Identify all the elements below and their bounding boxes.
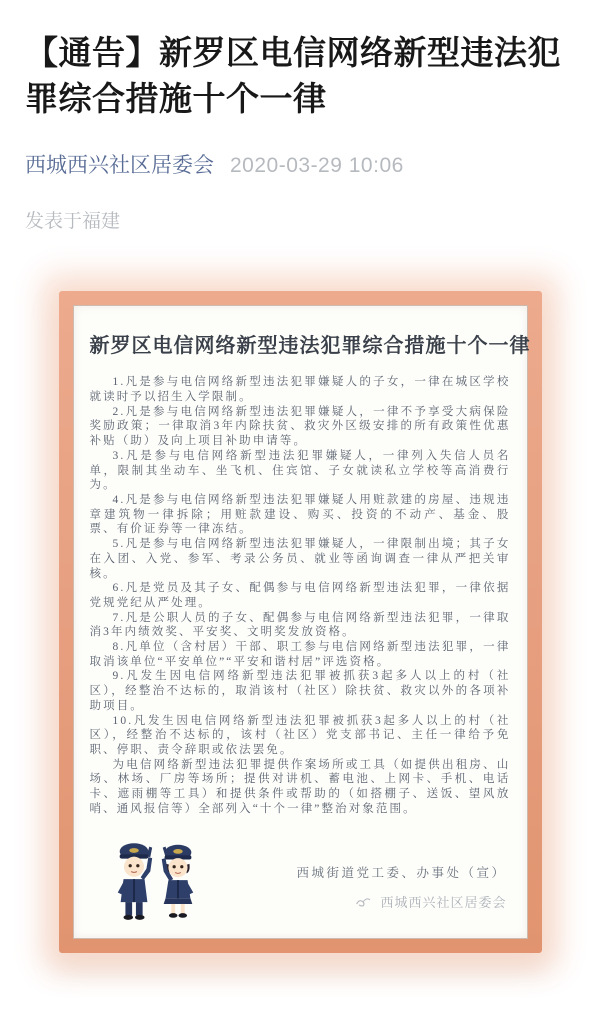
watermark-text: 西城西兴社区居委会: [380, 892, 506, 911]
notice-document: 新罗区电信网络新型违法犯罪综合措施十个一律 1.凡是参与电信网络新型违法犯罪嫌疑…: [73, 305, 528, 939]
notice-image-container: 新罗区电信网络新型违法犯罪综合措施十个一律 1.凡是参与电信网络新型违法犯罪嫌疑…: [0, 291, 600, 953]
notice-document-body: 1.凡是参与电信网络新型违法犯罪嫌疑人的子女，一律在城区学校就读时予以招生入学限…: [90, 375, 511, 837]
notice-paragraph: 9.凡发生因电信网络新型违法犯罪被抓获3起多人以上的村（社区），经整治不达标的，…: [90, 669, 511, 713]
signature-block: 西城街道党工委、办事处（宣） 西城西兴社区居委会: [296, 863, 506, 925]
article-header: 【通告】新罗区电信网络新型违法犯罪综合措施十个一律 西城西兴社区居委会 2020…: [0, 0, 600, 233]
notice-paragraph: 6.凡是党员及其子女、配偶参与电信网络新型违法犯罪，一律依据党规党纪从严处理。: [90, 581, 511, 610]
notice-document-title: 新罗区电信网络新型违法犯罪综合措施十个一律: [90, 329, 511, 358]
notice-paragraph: 为电信网络新型违法犯罪提供作案场所或工具（如提供出租房、山场、林场、厂房等场所；…: [90, 758, 511, 817]
watermark-logo-icon: [355, 895, 375, 908]
notice-document-footer: 西城街道党工委、办事处（宣） 西城西兴社区居委会: [90, 839, 511, 929]
page-title: 【通告】新罗区电信网络新型违法犯罪综合措施十个一律: [25, 30, 575, 122]
notice-paragraph: 4.凡是参与电信网络新型违法犯罪嫌疑人用赃款建的房屋、违规违章建筑物一律拆除；用…: [90, 493, 511, 537]
notice-paragraph: 2.凡是参与电信网络新型违法犯罪嫌疑人，一律不予享受大病保险奖励政策；一律取消3…: [90, 405, 511, 449]
notice-paragraph: 10.凡发生因电信网络新型违法犯罪被抓获3起多人以上的村（社区），经整治不达标的…: [90, 714, 511, 758]
notice-paragraph: 7.凡是公职人员的子女、配偶参与电信网络新型违法犯罪，一律取消3年内绩效奖、平安…: [90, 611, 511, 640]
publish-date: 2020-03-29 10:06: [230, 154, 404, 178]
notice-paragraph: 1.凡是参与电信网络新型违法犯罪嫌疑人的子女，一律在城区学校就读时予以招生入学限…: [90, 375, 511, 404]
author-account-link[interactable]: 西城西兴社区居委会: [25, 149, 214, 179]
notice-paragraph: 8.凡单位（含村居）干部、职工参与电信网络新型违法犯罪，一律取消该单位“平安单位…: [90, 640, 511, 669]
publish-location: 发表于福建: [25, 206, 575, 233]
notice-paragraph: 5.凡是参与电信网络新型违法犯罪嫌疑人，一律限制出境；其子女在入团、入党、参军、…: [90, 537, 511, 581]
notice-paragraph: 3.凡是参与电信网络新型违法犯罪嫌疑人，一律列入失信人员名单，限制其坐动车、坐飞…: [90, 449, 511, 493]
saluting-police-officers-icon: [108, 839, 204, 925]
article-meta: 西城西兴社区居委会 2020-03-29 10:06: [25, 149, 575, 179]
issuer-signature: 西城街道党工委、办事处（宣）: [296, 863, 506, 881]
watermark: 西城西兴社区居委会: [296, 892, 506, 911]
notice-image[interactable]: 新罗区电信网络新型违法犯罪综合措施十个一律 1.凡是参与电信网络新型违法犯罪嫌疑…: [59, 291, 542, 953]
